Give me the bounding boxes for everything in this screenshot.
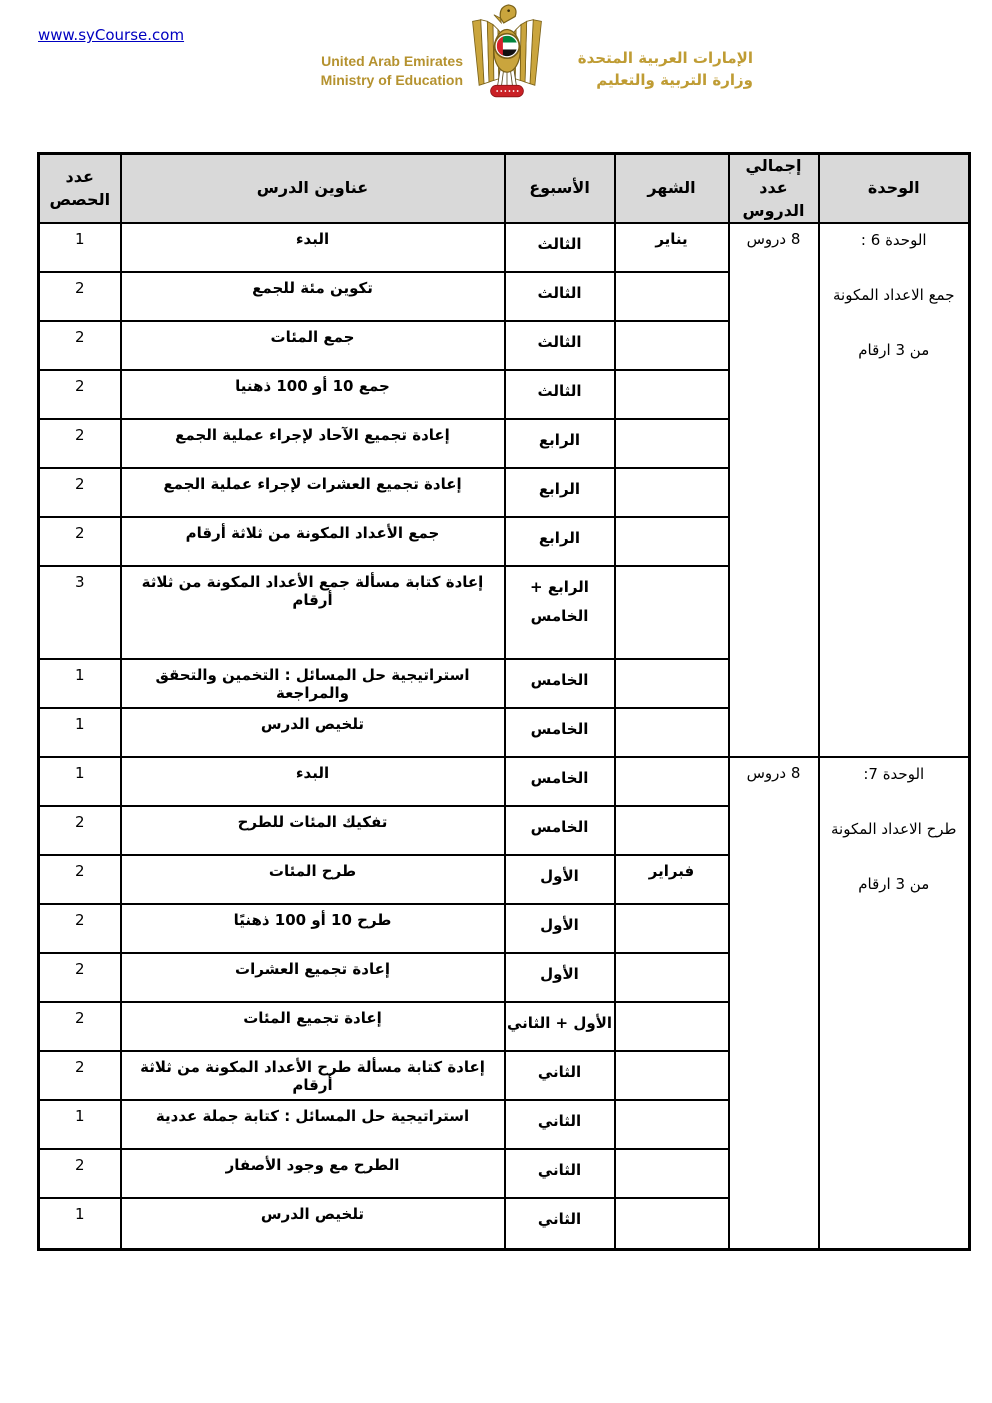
lesson-title-cell: إعادة تجميع العشرات bbox=[121, 953, 505, 1002]
unit-title-line: الوحدة 7: bbox=[820, 764, 969, 785]
unit-title-line: من 3 ارقام bbox=[820, 340, 969, 361]
month-cell bbox=[615, 370, 729, 419]
lesson-title-cell: إعادة كتابة مسألة طرح الأعداد المكونة من… bbox=[121, 1051, 505, 1100]
periods-cell: 1 bbox=[39, 659, 121, 708]
unit-title-line: الوحدة 6 : bbox=[820, 230, 969, 251]
periods-cell: 2 bbox=[39, 1051, 121, 1100]
week-cell: الخامس bbox=[505, 806, 615, 855]
week-cell: الأول bbox=[505, 855, 615, 904]
month-cell bbox=[615, 419, 729, 468]
month-cell: فبراير bbox=[615, 855, 729, 904]
lesson-plan-table: الوحدة إجمالي عدد الدروس الشهر الأسبوع ع… bbox=[37, 152, 971, 1251]
ministry-name-english: United Arab Emirates Ministry of Educati… bbox=[280, 52, 463, 90]
month-cell bbox=[615, 517, 729, 566]
week-cell: الثاني bbox=[505, 1198, 615, 1249]
periods-cell: 1 bbox=[39, 1198, 121, 1249]
month-cell bbox=[615, 904, 729, 953]
week-cell: الثالث bbox=[505, 272, 615, 321]
month-cell bbox=[615, 708, 729, 757]
week-cell: الأول bbox=[505, 953, 615, 1002]
periods-cell: 2 bbox=[39, 419, 121, 468]
week-cell: الثالث bbox=[505, 321, 615, 370]
week-cell: الخامس bbox=[505, 757, 615, 806]
total-cell: 8 دروس bbox=[729, 223, 819, 757]
periods-cell: 1 bbox=[39, 223, 121, 272]
week-cell: الرابع bbox=[505, 468, 615, 517]
week-cell: الرابع bbox=[505, 517, 615, 566]
lesson-title-cell: تكوين مئة للجمع bbox=[121, 272, 505, 321]
lesson-title-cell: إعادة كتابة مسألة جمع الأعداد المكونة من… bbox=[121, 566, 505, 659]
lesson-title-cell: إعادة تجميع العشرات لإجراء عملية الجمع bbox=[121, 468, 505, 517]
total-cell: 8 دروس bbox=[729, 757, 819, 1249]
month-cell bbox=[615, 757, 729, 806]
lesson-title-cell: البدء bbox=[121, 223, 505, 272]
column-header-unit: الوحدة bbox=[819, 154, 970, 224]
month-cell: يناير bbox=[615, 223, 729, 272]
month-cell bbox=[615, 1100, 729, 1149]
unit-title-line: طرح الاعداد المكونة bbox=[820, 819, 969, 840]
lesson-title-cell: إعادة تجميع الآحاد لإجراء عملية الجمع bbox=[121, 419, 505, 468]
lesson-title-cell: طرح 10 أو 100 ذهنيًا bbox=[121, 904, 505, 953]
periods-cell: 1 bbox=[39, 1100, 121, 1149]
week-cell: الثالث bbox=[505, 223, 615, 272]
table-row: الوحدة 6 :جمع الاعداد المكونةمن 3 ارقام8… bbox=[39, 223, 970, 272]
column-header-lesson-titles: عناوين الدرس bbox=[121, 154, 505, 224]
lesson-title-cell: تلخيص الدرس bbox=[121, 708, 505, 757]
column-header-periods: عدد الحصص bbox=[39, 154, 121, 224]
week-cell: الخامس bbox=[505, 708, 615, 757]
lesson-title-cell: جمع الأعداد المكونة من ثلاثة أرقام bbox=[121, 517, 505, 566]
month-cell bbox=[615, 566, 729, 659]
column-header-week: الأسبوع bbox=[505, 154, 615, 224]
periods-cell: 1 bbox=[39, 708, 121, 757]
lesson-title-cell: استراتيجية حل المسائل : التخمين والتحقق … bbox=[121, 659, 505, 708]
week-cell: الثاني bbox=[505, 1051, 615, 1100]
site-link[interactable]: www.syCourse.com bbox=[38, 26, 184, 44]
document-page: { "page": { "site_link": "www.syCourse.c… bbox=[0, 0, 992, 1403]
lesson-title-cell: البدء bbox=[121, 757, 505, 806]
week-cell: الرابع bbox=[505, 419, 615, 468]
lesson-title-cell: تلخيص الدرس bbox=[121, 1198, 505, 1249]
ministry-ar-line1: الإمارات العربية المتحدة bbox=[553, 48, 753, 70]
unit-title-line: من 3 ارقام bbox=[820, 874, 969, 895]
lesson-title-cell: جمع المئات bbox=[121, 321, 505, 370]
week-cell: الأول + الثاني bbox=[505, 1002, 615, 1051]
lesson-title-cell: جمع 10 أو 100 ذهنيا bbox=[121, 370, 505, 419]
periods-cell: 2 bbox=[39, 806, 121, 855]
week-cell: الثاني bbox=[505, 1149, 615, 1198]
table-row: الوحدة 7:طرح الاعداد المكونةمن 3 ارقام8 … bbox=[39, 757, 970, 806]
periods-cell: 2 bbox=[39, 517, 121, 566]
periods-cell: 2 bbox=[39, 1149, 121, 1198]
periods-cell: 2 bbox=[39, 953, 121, 1002]
table-header-row: الوحدة إجمالي عدد الدروس الشهر الأسبوع ع… bbox=[39, 154, 970, 224]
periods-cell: 2 bbox=[39, 904, 121, 953]
unit-cell: الوحدة 7:طرح الاعداد المكونةمن 3 ارقام bbox=[819, 757, 970, 1249]
week-cell: الثالث bbox=[505, 370, 615, 419]
month-cell bbox=[615, 468, 729, 517]
periods-cell: 2 bbox=[39, 855, 121, 904]
month-cell bbox=[615, 1051, 729, 1100]
periods-cell: 2 bbox=[39, 468, 121, 517]
week-cell: الخامس bbox=[505, 659, 615, 708]
periods-cell: 2 bbox=[39, 370, 121, 419]
ministry-name-arabic: الإمارات العربية المتحدة وزارة التربية و… bbox=[553, 48, 753, 92]
week-cell: الأول bbox=[505, 904, 615, 953]
periods-cell: 2 bbox=[39, 321, 121, 370]
lesson-title-cell: إعادة تجميع المئات bbox=[121, 1002, 505, 1051]
week-cell: الثاني bbox=[505, 1100, 615, 1149]
ministry-en-line1: United Arab Emirates bbox=[280, 52, 463, 71]
unit-title-line: جمع الاعداد المكونة bbox=[820, 285, 969, 306]
month-cell bbox=[615, 806, 729, 855]
month-cell bbox=[615, 1149, 729, 1198]
periods-cell: 1 bbox=[39, 757, 121, 806]
month-cell bbox=[615, 659, 729, 708]
periods-cell: 2 bbox=[39, 1002, 121, 1051]
month-cell bbox=[615, 321, 729, 370]
lesson-title-cell: طرح المئات bbox=[121, 855, 505, 904]
month-cell bbox=[615, 1002, 729, 1051]
schedule-table-body: الوحدة 6 :جمع الاعداد المكونةمن 3 ارقام8… bbox=[39, 223, 970, 1249]
week-cell: الرابع + الخامس bbox=[505, 566, 615, 659]
month-cell bbox=[615, 953, 729, 1002]
month-cell bbox=[615, 272, 729, 321]
column-header-month: الشهر bbox=[615, 154, 729, 224]
ministry-en-line2: Ministry of Education bbox=[280, 71, 463, 90]
lesson-title-cell: استراتيجية حل المسائل : كتابة جملة عددية bbox=[121, 1100, 505, 1149]
month-cell bbox=[615, 1198, 729, 1249]
lesson-title-cell: الطرح مع وجود الأصفار bbox=[121, 1149, 505, 1198]
column-header-total-lessons: إجمالي عدد الدروس bbox=[729, 154, 819, 224]
lesson-title-cell: تفكيك المئات للطرح bbox=[121, 806, 505, 855]
ministry-ar-line2: وزارة التربية والتعليم bbox=[553, 70, 753, 92]
uae-falcon-emblem-icon bbox=[466, 3, 548, 102]
periods-cell: 2 bbox=[39, 272, 121, 321]
periods-cell: 3 bbox=[39, 566, 121, 659]
unit-cell: الوحدة 6 :جمع الاعداد المكونةمن 3 ارقام bbox=[819, 223, 970, 757]
